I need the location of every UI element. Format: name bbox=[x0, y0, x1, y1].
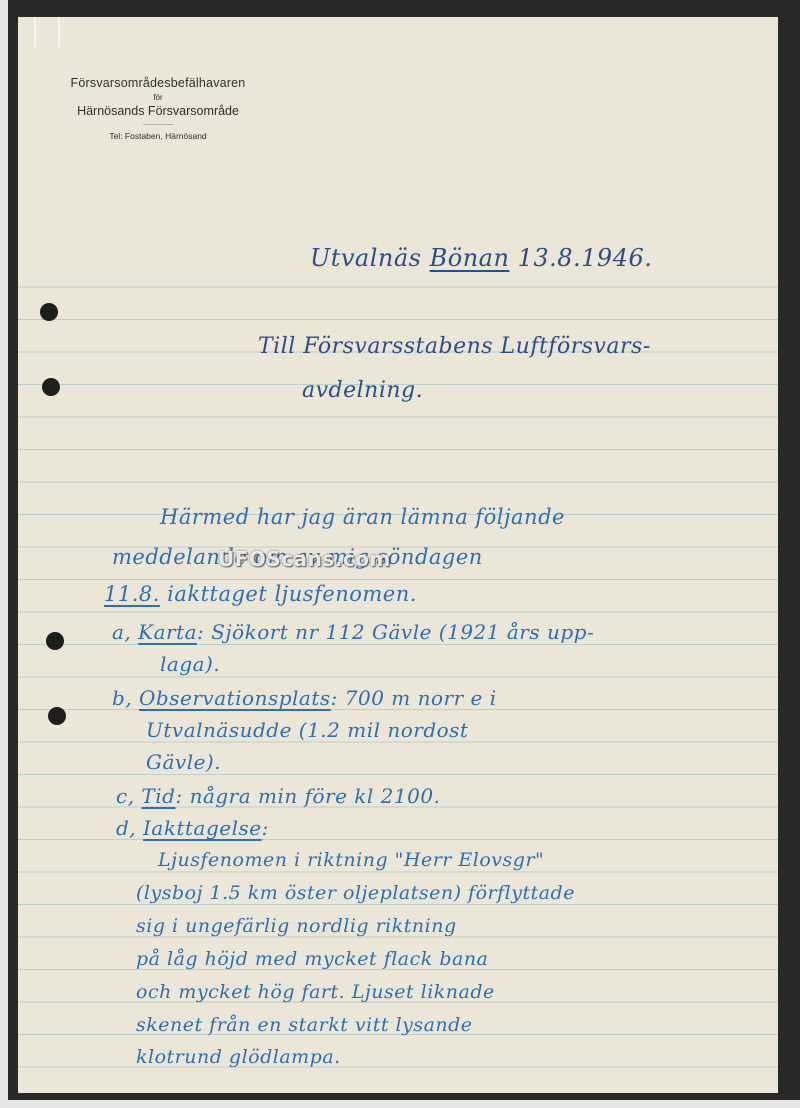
dateline-date: 13.8.1946. bbox=[518, 244, 653, 272]
item-text: : bbox=[262, 816, 269, 840]
letterhead-divider bbox=[143, 124, 173, 125]
item-text: : några min före kl 2100. bbox=[175, 784, 440, 808]
item-d-continuation: (lysboj 1.5 km öster oljeplatsen) förfly… bbox=[136, 882, 575, 904]
item-label: Observationsplats bbox=[139, 686, 331, 710]
recipient-line-2: avdelning. bbox=[302, 378, 423, 403]
item-label: Iakttagelse bbox=[143, 816, 262, 840]
item-d-continuation: Ljusfenomen i riktning "Herr Elovsgr" bbox=[158, 849, 544, 871]
paper-crease bbox=[34, 17, 36, 47]
item-d-continuation: och mycket hög fart. Ljuset liknade bbox=[136, 981, 495, 1003]
observation-date: 11.8. bbox=[104, 582, 160, 606]
letterhead-area: Härnösands Försvarsområde bbox=[58, 104, 258, 118]
item-label: Karta bbox=[138, 620, 197, 644]
item-text: : Sjökort nr 112 Gävle (1921 års upp- bbox=[197, 620, 594, 644]
watermark: UFOScans.com bbox=[218, 547, 391, 571]
item-d-continuation: klotrund glödlampa. bbox=[136, 1046, 341, 1068]
dateline-place: Utvalnäs bbox=[310, 244, 422, 272]
punch-hole bbox=[46, 632, 64, 650]
item-b-continuation: Utvalnäsudde (1.2 mil nordost bbox=[146, 718, 468, 742]
punch-hole bbox=[40, 303, 58, 321]
observation-subject: iakttaget ljusfenomen. bbox=[167, 582, 417, 606]
item-marker: a, bbox=[112, 620, 131, 644]
item-d-continuation: på låg höjd med mycket flack bana bbox=[136, 948, 488, 970]
letterhead: Försvarsområdesbefälhavaren för Härnösan… bbox=[58, 76, 258, 141]
item-a-continuation: laga). bbox=[160, 652, 220, 676]
dateline-place-underlined: Bönan bbox=[430, 244, 510, 272]
item-a: a, Karta: Sjökort nr 112 Gävle (1921 års… bbox=[112, 620, 594, 644]
letterhead-for: för bbox=[58, 93, 258, 102]
item-label: Tid bbox=[141, 784, 175, 808]
item-d-continuation: skenet från en starkt vitt lysande bbox=[136, 1014, 473, 1036]
item-marker: c, bbox=[116, 784, 135, 808]
punch-hole bbox=[42, 378, 60, 396]
item-text: : 700 m norr e i bbox=[331, 686, 497, 710]
paper-crease bbox=[58, 17, 60, 47]
dateline: Utvalnäs Bönan 13.8.1946. bbox=[310, 244, 652, 272]
body-intro-line-3: 11.8. iakttaget ljusfenomen. bbox=[104, 582, 417, 606]
item-d: d, Iakttagelse: bbox=[116, 816, 269, 840]
recipient-line-1: Till Försvarsstabens Luftförsvars- bbox=[258, 334, 651, 359]
item-marker: d, bbox=[116, 816, 136, 840]
letterhead-organization: Försvarsområdesbefälhavaren bbox=[58, 76, 258, 90]
letterhead-telephone: Tel: Fostaben, Härnösand bbox=[58, 131, 258, 141]
punch-hole bbox=[48, 707, 66, 725]
item-c: c, Tid: några min före kl 2100. bbox=[116, 784, 440, 808]
item-marker: b, bbox=[112, 686, 132, 710]
item-d-continuation: sig i ungefärlig nordlig riktning bbox=[136, 915, 457, 937]
body-intro-line-1: Härmed har jag äran lämna följande bbox=[160, 505, 565, 529]
item-b: b, Observationsplats: 700 m norr e i bbox=[112, 686, 497, 710]
item-b-continuation: Gävle). bbox=[146, 750, 221, 774]
